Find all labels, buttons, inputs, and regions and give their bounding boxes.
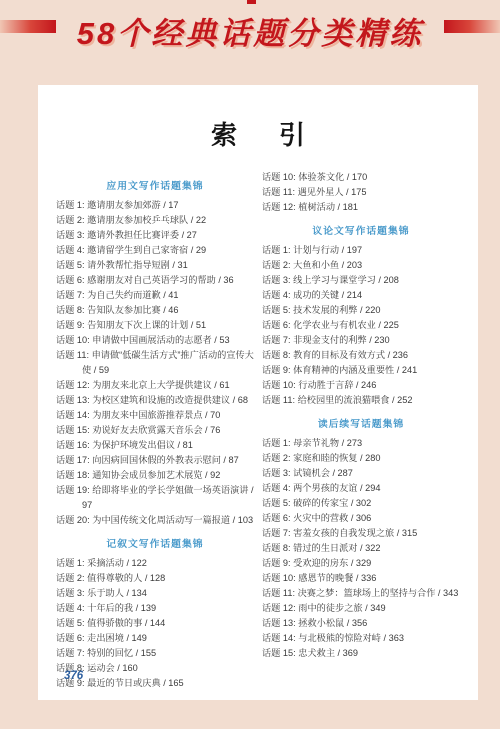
index-entry: 话题 16: 为保护环境发出倡议 / 81 <box>56 438 254 453</box>
page-number: 376 <box>64 670 83 682</box>
index-entry: 话题 2: 家庭和睦的恢复 / 280 <box>262 451 460 466</box>
index-columns: 应用文写作话题集锦话题 1: 邀请朋友参加郊游 / 17话题 2: 邀请朋友参加… <box>38 170 478 691</box>
section-header: 读后续写话题集锦 <box>262 417 460 432</box>
index-entry: 话题 4: 两个男孩的友谊 / 294 <box>262 481 460 496</box>
index-entry: 话题 4: 邀请留学生到自己家寄宿 / 29 <box>56 243 254 258</box>
index-entry: 话题 5: 请外教帮忙指导短剧 / 31 <box>56 258 254 273</box>
index-entry: 话题 15: 劝说好友去欣赏露天音乐会 / 76 <box>56 423 254 438</box>
index-entry: 话题 9: 最近的节日或庆典 / 165 <box>56 676 254 691</box>
index-entry: 话题 10: 申请做中国画展活动的志愿者 / 53 <box>56 333 254 348</box>
index-entry: 话题 6: 感谢朋友对自己英语学习的帮助 / 36 <box>56 273 254 288</box>
section-header: 议论文写作话题集锦 <box>262 224 460 239</box>
chapter-banner: 58个经典话题分类精练 <box>0 6 500 58</box>
index-entry: 话题 6: 化学农业与有机农业 / 225 <box>262 318 460 333</box>
index-entry: 话题 2: 大鱼和小鱼 / 203 <box>262 258 460 273</box>
index-entry: 话题 11: 遇见外星人 / 175 <box>262 185 460 200</box>
index-entry: 话题 10: 行动胜于言辞 / 246 <box>262 378 460 393</box>
index-entry: 话题 8: 运动会 / 160 <box>56 661 254 676</box>
section-header: 应用文写作话题集锦 <box>56 179 254 194</box>
section-header: 记叙文写作话题集锦 <box>56 537 254 552</box>
index-entry: 话题 9: 体育精神的内涵及重要性 / 241 <box>262 363 460 378</box>
index-entry: 话题 4: 十年后的我 / 139 <box>56 601 254 616</box>
index-entry: 话题 7: 非现金支付的利弊 / 230 <box>262 333 460 348</box>
index-title: 索 引 <box>38 115 478 152</box>
index-entry: 话题 7: 害羞女孩的自我发现之旅 / 315 <box>262 526 460 541</box>
index-entry: 话题 6: 走出困境 / 149 <box>56 631 254 646</box>
page-top-mark <box>247 0 256 4</box>
index-entry: 话题 2: 值得尊敬的人 / 128 <box>56 571 254 586</box>
index-entry: 话题 14: 为朋友来中国旅游推荐景点 / 70 <box>56 408 254 423</box>
chapter-title: 58个经典话题分类精练 <box>77 8 423 53</box>
index-entry: 话题 3: 邀请外教担任比赛评委 / 27 <box>56 228 254 243</box>
index-entry: 话题 11: 申请做“低碳生活方式”推广活动的宣传大使 / 59 <box>56 348 254 378</box>
index-entry: 话题 14: 与北极熊的惊险对峙 / 363 <box>262 631 460 646</box>
index-entry: 话题 2: 邀请朋友参加校乒乓球队 / 22 <box>56 213 254 228</box>
index-entry: 话题 7: 为自己失约而道歉 / 41 <box>56 288 254 303</box>
index-entry: 话题 5: 技术发展的利弊 / 220 <box>262 303 460 318</box>
index-entry: 话题 19: 给即将毕业的学长学姐做一场英语演讲 / 97 <box>56 483 254 513</box>
index-entry: 话题 3: 线上学习与课堂学习 / 208 <box>262 273 460 288</box>
index-entry: 话题 8: 告知队友参加比赛 / 46 <box>56 303 254 318</box>
index-entry: 话题 20: 为中国传统文化周活动写一篇报道 / 103 <box>56 513 254 528</box>
index-entry: 话题 12: 雨中的徒步之旅 / 349 <box>262 601 460 616</box>
index-entry: 话题 1: 母亲节礼物 / 273 <box>262 436 460 451</box>
index-entry: 话题 3: 乐于助人 / 134 <box>56 586 254 601</box>
index-entry: 话题 11: 给校园里的流浪猫喂食 / 252 <box>262 393 460 408</box>
index-entry: 话题 12: 为朋友来北京上大学提供建议 / 61 <box>56 378 254 393</box>
index-column-right: 话题 10: 体验茶文化 / 170话题 11: 遇见外星人 / 175话题 1… <box>262 170 460 691</box>
index-entry: 话题 13: 拯救小松鼠 / 356 <box>262 616 460 631</box>
index-entry: 话题 3: 试镜机会 / 287 <box>262 466 460 481</box>
index-entry: 话题 1: 邀请朋友参加郊游 / 17 <box>56 198 254 213</box>
index-column-left: 应用文写作话题集锦话题 1: 邀请朋友参加郊游 / 17话题 2: 邀请朋友参加… <box>56 170 254 691</box>
banner-right-bar <box>444 20 500 33</box>
banner-left-bar <box>0 20 56 33</box>
index-entry: 话题 8: 教育的目标及有效方式 / 236 <box>262 348 460 363</box>
index-entry: 话题 9: 告知朋友下次上课的计划 / 51 <box>56 318 254 333</box>
index-entry: 话题 13: 为校区建筑和设施的改造提供建议 / 68 <box>56 393 254 408</box>
index-entry: 话题 1: 计划与行动 / 197 <box>262 243 460 258</box>
index-entry: 话题 12: 植树活动 / 181 <box>262 200 460 215</box>
index-entry: 话题 4: 成功的关键 / 214 <box>262 288 460 303</box>
index-entry: 话题 6: 火灾中的营救 / 306 <box>262 511 460 526</box>
index-entry: 话题 9: 受欢迎的房东 / 329 <box>262 556 460 571</box>
index-entry: 话题 11: 决赛之梦：篮球场上的坚持与合作 / 343 <box>262 586 460 601</box>
index-entry: 话题 7: 特别的回忆 / 155 <box>56 646 254 661</box>
index-entry: 话题 10: 感恩节的晚餐 / 336 <box>262 571 460 586</box>
index-page: 索 引 应用文写作话题集锦话题 1: 邀请朋友参加郊游 / 17话题 2: 邀请… <box>38 85 478 700</box>
index-entry: 话题 17: 向因病回国休假的外教表示慰问 / 87 <box>56 453 254 468</box>
index-entry: 话题 18: 通知协会成员参加艺术展览 / 92 <box>56 468 254 483</box>
index-entry: 话题 5: 破碎的传家宝 / 302 <box>262 496 460 511</box>
index-entry: 话题 15: 忠犬救主 / 369 <box>262 646 460 661</box>
index-entry: 话题 5: 值得骄傲的事 / 144 <box>56 616 254 631</box>
index-entry: 话题 10: 体验茶文化 / 170 <box>262 170 460 185</box>
index-entry: 话题 8: 错过的生日派对 / 322 <box>262 541 460 556</box>
index-entry: 话题 1: 采摘活动 / 122 <box>56 556 254 571</box>
